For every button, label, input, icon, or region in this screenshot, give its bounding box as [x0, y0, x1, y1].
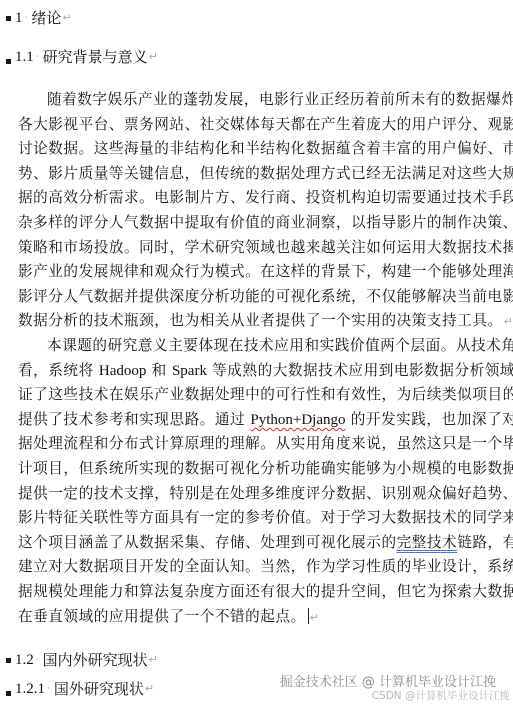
- paragraph-mark-icon: ↵: [149, 46, 158, 68]
- paragraph-background[interactable]: 随着数字娱乐产业的蓬勃发展，电影行业正经历着前所未有的数据爆炸时代， 各大影视平…: [18, 88, 504, 334]
- text-run: 等成熟的大数据技术应用到电影数据分析领域，验: [207, 362, 513, 379]
- text-run: 在垂直领域的应用提供了一个不错的起点。: [18, 608, 306, 625]
- heading-marker-icon: [6, 691, 11, 696]
- text-line: 策略和市场投放。同时，学术研究领域也越来越关注如何运用大数据技术揭示电: [18, 236, 504, 261]
- watermark-csdn: CSDN @计算机毕业设计江挽: [372, 688, 510, 703]
- paragraph-mark-icon: ↵: [504, 315, 513, 328]
- heading-title: 国内外研究现状: [43, 649, 148, 671]
- spelling-error-python-django[interactable]: Python+Django: [250, 412, 345, 428]
- heading-title: 国外研究现状: [54, 678, 144, 700]
- term-hadoop: Hadoop: [99, 363, 147, 379]
- text-run: 这个项目涵盖了从数据采集、存储、处理到可视化展示的: [18, 534, 397, 551]
- heading-number: 1.1: [15, 46, 34, 68]
- document-page[interactable]: 1 · 绪论 ↵ 1.1 · 研究背景与意义 ↵ 随着数字娱乐产业的蓬勃发展，电…: [0, 0, 513, 706]
- text-line-last: 在垂直领域的应用提供了一个不错的起点。↵: [18, 605, 504, 630]
- text-line: 本课题的研究意义主要体现在技术应用和实践价值两个层面。从技术角度来: [18, 334, 504, 359]
- text-line: 提供一定的技术支撑，特别是在处理多维度评分数据、识别观众偏好趋势、分析: [18, 482, 504, 507]
- paragraph-significance[interactable]: 本课题的研究意义主要体现在技术应用和实践价值两个层面。从技术角度来 看，系统将 …: [18, 334, 504, 629]
- paragraph-mark-icon: ↵: [310, 611, 320, 624]
- text-cursor: [308, 608, 309, 624]
- heading-1-2[interactable]: 1.2 · 国内外研究现状 ↵: [6, 649, 158, 671]
- heading-marker-icon: [6, 16, 11, 21]
- heading-marker-icon: [6, 59, 11, 64]
- heading-title: 研究背景与意义: [43, 46, 148, 68]
- paragraph-mark-icon: ↵: [149, 649, 158, 671]
- text-run: 链路，有助于: [457, 534, 513, 551]
- tab-mark: ·: [36, 46, 39, 68]
- text-line: 随着数字娱乐产业的蓬勃发展，电影行业正经历着前所未有的数据爆炸时代，: [18, 88, 504, 113]
- heading-marker-icon: [6, 658, 11, 663]
- heading-1[interactable]: 1 · 绪论 ↵: [6, 7, 72, 29]
- tab-mark: ·: [47, 678, 50, 700]
- text-line: 各大影视平台、票务网站、社交媒体每天都在产生着庞大的用户评分、观影记录、: [18, 113, 504, 138]
- text-line: 据规模处理能力和算法复杂度方面还有很大的提升空间，但它为探索大数据技术: [18, 580, 504, 605]
- text-line: 影评分人气数据并提供深度分析功能的可视化系统，不仅能够解决当前电影行业: [18, 285, 504, 310]
- text-line: 证了这些技术在娱乐产业数据处理中的可行性和有效性，为后续类似项目的开发: [18, 383, 504, 408]
- text-line: 计项目，但系统所实现的数据可视化分析功能确实能够为小规模的电影数据分析: [18, 457, 504, 482]
- text-line: 影片特征关联性等方面具有一定的参考价值。对于学习大数据技术的同学来说，: [18, 506, 504, 531]
- text-line: 提供了技术参考和实现思路。通过 Python+Django 的开发实践，也加深了…: [18, 408, 504, 433]
- text-line: 势、影片质量等关键信息，但传统的数据处理方式已经无法满足对这些大规模数: [18, 162, 504, 187]
- heading-number: 1.2.1: [15, 678, 45, 700]
- text-line: 影产业的发展规律和观众行为模式。在这样的背景下，构建一个能够处理海量电: [18, 260, 504, 285]
- heading-number: 1: [15, 7, 23, 29]
- text-line-last: 数据分析的技术瓶颈，也为相关从业者提供了一个实用的决策支持工具。↵: [18, 309, 504, 334]
- heading-1-1[interactable]: 1.1 · 研究背景与意义 ↵: [6, 46, 158, 68]
- text-line: 杂多样的评分人气数据中提取有价值的商业洞察，以指导影片的制作决策、营销: [18, 211, 504, 236]
- text-run: 和: [146, 362, 172, 379]
- heading-number: 1.2: [15, 649, 34, 671]
- text-line: 讨论数据。这些海量的非结构化和半结构化数据蕴含着丰富的用户偏好、市场趋: [18, 137, 504, 162]
- heading-1-2-1[interactable]: 1.2.1 · 国外研究现状 ↵: [6, 678, 154, 700]
- heading-title: 绪论: [31, 7, 61, 29]
- term-spark: Spark: [172, 363, 207, 379]
- paragraph-mark-icon: ↵: [62, 7, 71, 29]
- text-run: 数据分析的技术瓶颈，也为相关从业者提供了一个实用的决策支持工具。: [18, 312, 503, 329]
- tab-mark: ·: [36, 649, 39, 671]
- text-line: 看，系统将 Hadoop 和 Spark 等成熟的大数据技术应用到电影数据分析领…: [18, 359, 504, 384]
- text-line: 据的高效分析需求。电影制片方、发行商、投资机构迫切需要通过技术手段从复: [18, 186, 504, 211]
- grammar-flag-wanzheng-jishu[interactable]: 完整技术: [397, 534, 458, 551]
- text-line: 这个项目涵盖了从数据采集、存储、处理到可视化展示的完整技术链路，有助于: [18, 531, 504, 556]
- text-run: 提供了技术参考和实现思路。通过: [18, 411, 250, 428]
- text-line: 建立对大数据项目开发的全面认知。当然，作为学习性质的毕业设计，系统在数: [18, 555, 504, 580]
- text-line: 据处理流程和分布式计算原理的理解。从实用角度来说，虽然这只是一个毕业设: [18, 432, 504, 457]
- text-run: 的开发实践，也加深了对大数: [346, 411, 513, 428]
- tab-mark: ·: [25, 7, 28, 29]
- text-run: 看，系统将: [18, 362, 99, 379]
- paragraph-mark-icon: ↵: [145, 678, 154, 700]
